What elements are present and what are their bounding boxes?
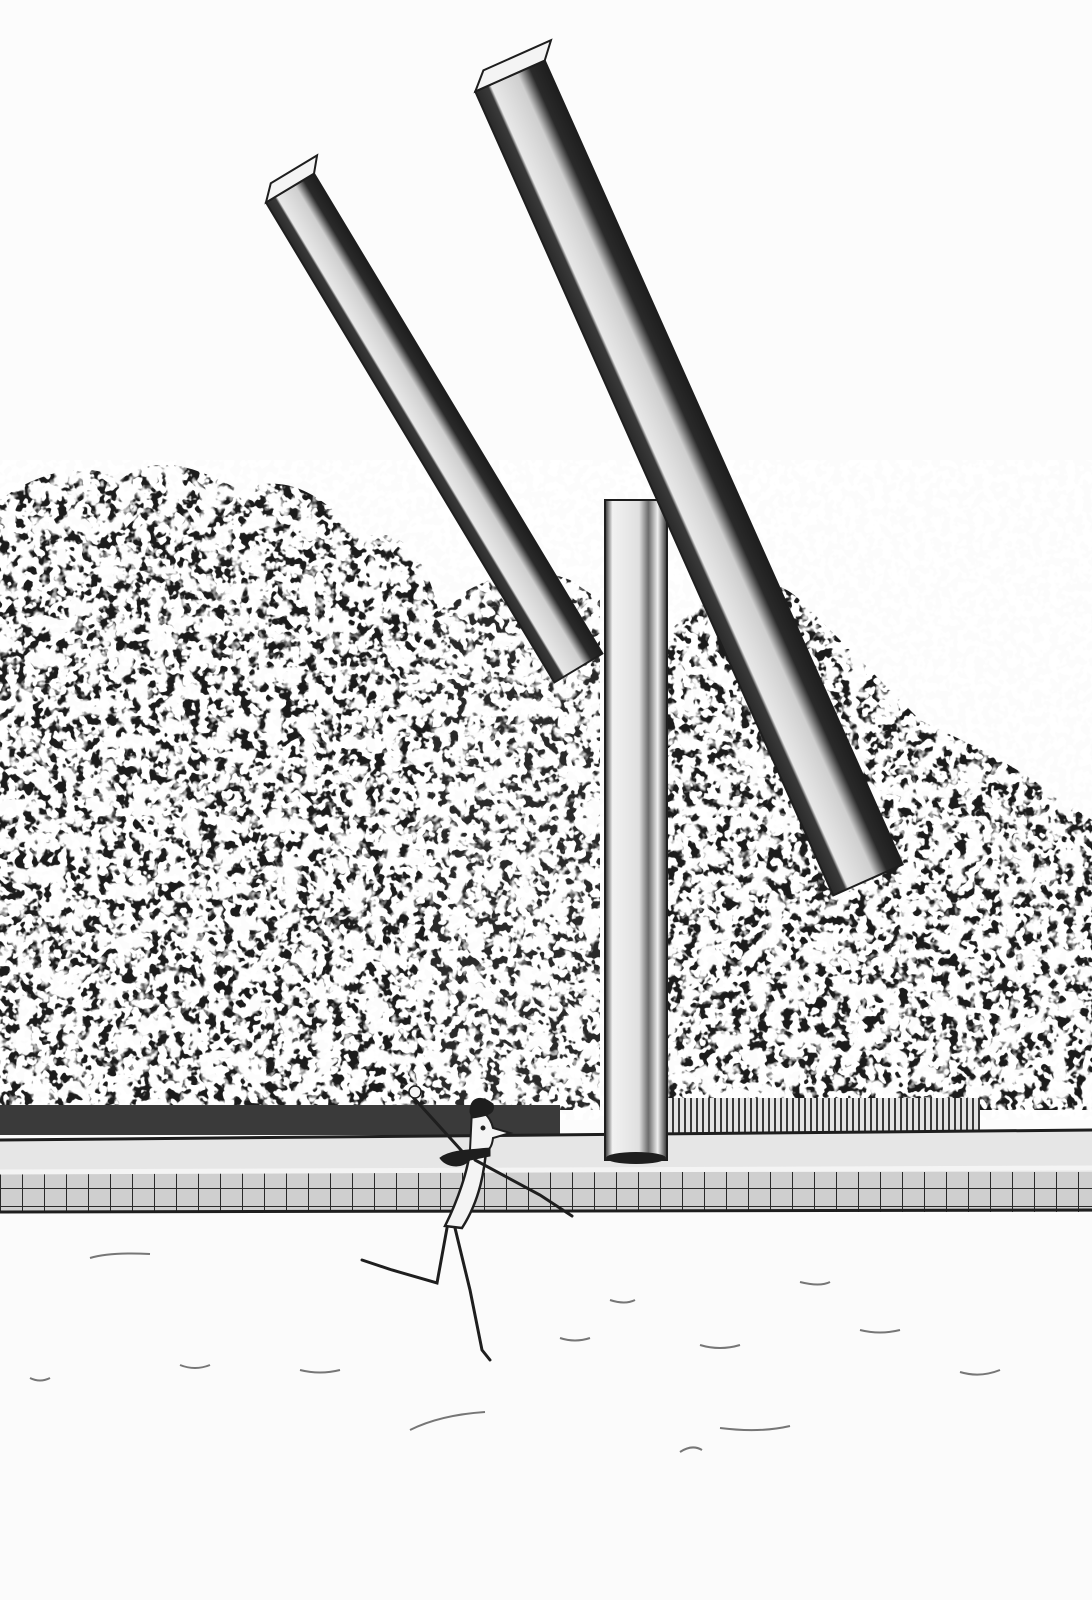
plaza-ground [0,1214,1092,1600]
scene-artwork [0,0,1092,1600]
railing [660,1098,980,1134]
illustration-scene [0,0,1092,1600]
